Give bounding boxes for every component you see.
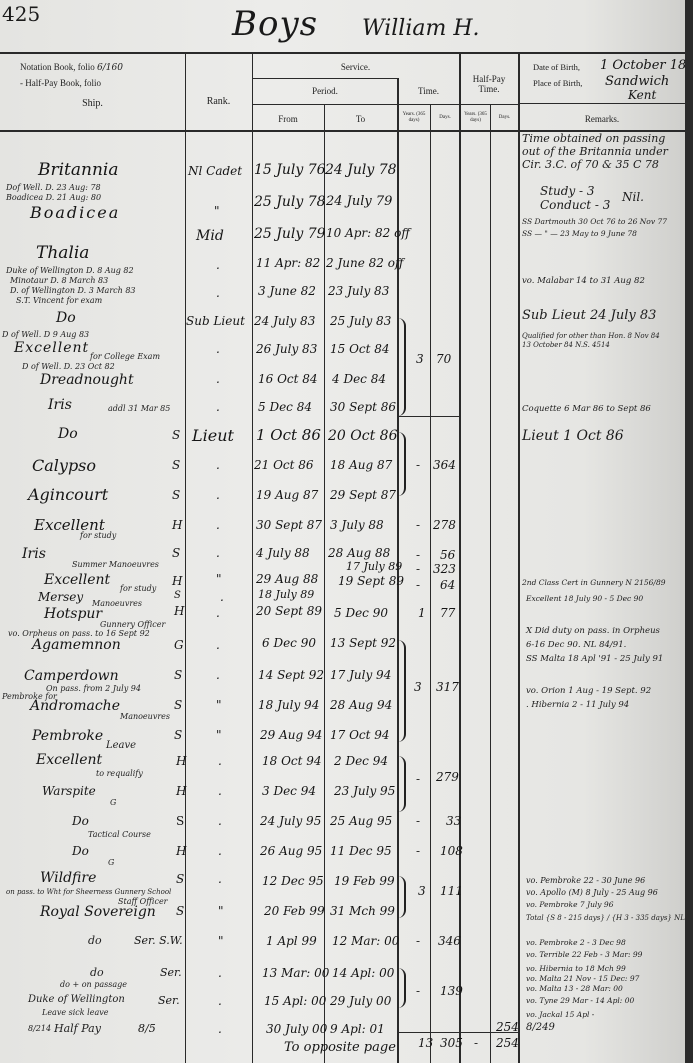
remark: vo. Tyne 29 Mar - 14 Apl: 00 — [526, 996, 634, 1005]
service-type: S — [174, 590, 181, 601]
ship-name: Boadicea — [30, 203, 120, 222]
ship-name: Calypso — [32, 456, 96, 475]
header-remarks: Remarks. — [518, 114, 686, 124]
from-date: 16 Oct 84 — [258, 372, 318, 386]
from-date: 25 July 79 — [254, 226, 326, 242]
ship-note: Tactical Course — [88, 830, 151, 839]
total-hp-years: - — [474, 1036, 478, 1050]
ship-note: Summer Manoeuvres — [72, 560, 159, 569]
from-date: 29 Aug 94 — [260, 728, 322, 742]
time-years: 3 — [418, 884, 426, 898]
col-rule-ship — [185, 52, 186, 1063]
ship-note: D of Well. D. 23 Oct 82 — [22, 362, 115, 371]
place-of-birth-label: Place of Birth, — [533, 78, 582, 88]
time-days: 77 — [440, 606, 455, 620]
ship-note: for study — [120, 584, 156, 593]
remark: vo. Terrible 22 Feb - 3 Mar: 99 — [526, 950, 642, 959]
rank: Sub Lieut — [186, 314, 245, 328]
ship-name: Agamemnon — [32, 637, 121, 653]
ship-note: D. of Wellington D. 3 March 83 — [10, 286, 136, 295]
to-date: 23 July 95 — [334, 784, 395, 798]
remark: Qualified for other than Hon. 8 Nov 84 — [522, 332, 660, 340]
remark: 13 October 84 N.S. 4514 — [522, 341, 610, 349]
rank: " — [218, 904, 224, 918]
ship-name: Camperdown — [24, 668, 119, 684]
remark: vo. Pembroke 2 - 3 Dec 98 — [526, 938, 626, 947]
to-date: 28 Aug 88 — [328, 546, 390, 560]
header-period: Period. — [252, 86, 398, 96]
remark: vo. Malta 21 Nov - 15 Dec: 97 — [526, 974, 639, 983]
ship-name: Half Pay — [54, 1022, 101, 1035]
to-date: 2 June 82 off — [326, 256, 403, 270]
total-years: 13 — [418, 1036, 433, 1050]
remark: Nil. — [622, 190, 644, 204]
from-date: 26 Aug 95 — [260, 844, 322, 858]
from-date: 29 Aug 88 — [256, 572, 318, 586]
rule-top — [0, 52, 686, 54]
header-days: Days. — [431, 115, 459, 121]
service-type: H — [176, 784, 186, 798]
time-days: 108 — [440, 844, 463, 858]
rank: Lieut — [192, 426, 234, 445]
from-date: 30 July 00 — [266, 1022, 327, 1036]
rank: . — [218, 844, 222, 858]
from-date: 19 Aug 87 — [256, 488, 318, 502]
total-days: 305 — [440, 1036, 463, 1050]
to-date: 15 Oct 84 — [330, 342, 390, 356]
time-years: - — [416, 458, 420, 472]
ship-note: Gunnery Officer — [100, 620, 165, 629]
to-date: 24 July 79 — [326, 194, 392, 209]
service-type: G — [174, 638, 184, 652]
remark: . Hibernia 2 - 11 July 94 — [526, 700, 629, 710]
col-rule-hp-days — [518, 52, 520, 1063]
service-type: S — [172, 488, 180, 502]
to-date: 13 Sept 92 — [330, 636, 396, 650]
col-rule-rank — [252, 52, 253, 1063]
ship-name: do — [88, 934, 102, 947]
rule-halfpay-mark — [398, 416, 460, 417]
header-half-pay-time: Half-Pay Time. — [465, 74, 513, 94]
ship-name: Hotspur — [44, 606, 102, 622]
time-years: - — [416, 548, 420, 562]
header-to: To — [324, 114, 397, 124]
time-days: 33 — [446, 814, 461, 828]
ship-note: do + on passage — [60, 980, 127, 989]
header-from: From — [252, 114, 324, 124]
notation-book-label: Notation Book, folio 6/160 — [20, 62, 123, 73]
from-date: 13 Mar: 00 — [262, 966, 329, 980]
to-date: 29 Sept 87 — [330, 488, 396, 502]
remark: vo. Pembroke 7 July 96 — [526, 900, 613, 909]
time-days: 70 — [436, 352, 451, 366]
rank: . — [216, 458, 220, 472]
from-date: 18 July 89 — [258, 588, 314, 601]
to-date: 17 July 94 — [330, 668, 391, 682]
ship-name: Iris — [48, 397, 72, 413]
from-date: 1 Oct 86 — [256, 426, 321, 444]
ship-name: Andromache — [30, 698, 120, 714]
from-date: 26 July 83 — [256, 342, 317, 356]
rank: . — [216, 668, 220, 682]
to-date: 28 Aug 94 — [330, 698, 392, 712]
time-years: - — [416, 934, 420, 948]
half-pay-book-label: - Half-Pay Book, folio — [20, 78, 101, 88]
header-rank: Rank. — [185, 96, 252, 107]
service-type: S — [174, 728, 182, 742]
ship-name: Dreadnought — [40, 372, 134, 388]
rank: . — [216, 518, 220, 532]
to-date: 25 July 83 — [330, 314, 391, 328]
time-days: 364 — [433, 458, 456, 472]
ship-name: Royal Sovereign — [40, 904, 156, 920]
remark: 2nd Class Cert in Gunnery N 2156/89 — [522, 578, 665, 587]
from-date: 6 Dec 90 — [262, 636, 316, 650]
service-type: S — [176, 814, 184, 828]
remark: vo. Malta 13 - 28 Mar: 00 — [526, 984, 623, 993]
ship-name: Excellent — [14, 340, 89, 356]
rank: " — [214, 204, 220, 218]
ship-note: to requalify — [96, 769, 143, 778]
ship-name: Pembroke — [32, 728, 103, 744]
ship-note: addl 31 Mar 85 — [108, 404, 170, 413]
ship-name: Thalia — [36, 243, 89, 263]
to-date: 11 Dec 95 — [330, 844, 392, 858]
total-hp-days: 254 — [496, 1036, 519, 1050]
service-type: Ser. — [160, 966, 182, 979]
time-days: 111 — [440, 884, 463, 898]
rank: " — [218, 934, 224, 948]
to-date: 19 Feb 99 — [334, 874, 395, 888]
period-brace — [398, 756, 406, 812]
header-ship: Ship. — [0, 98, 185, 109]
rank: " — [216, 728, 222, 742]
time-years: 3 — [414, 680, 422, 694]
col-rule-hp-years — [490, 104, 491, 1063]
from-date: 4 July 88 — [256, 546, 310, 560]
date-of-birth-label: Date of Birth, — [533, 62, 580, 72]
ship-name: Duke of Wellington — [28, 994, 125, 1005]
ship-note: Duke of Wellington D. 8 Aug 82 — [6, 266, 134, 275]
ship-note: for study — [80, 531, 116, 540]
to-date: 3 July 88 — [330, 518, 384, 532]
to-date: 24 July 78 — [325, 162, 397, 178]
from-date: 18 July 94 — [258, 698, 319, 712]
service-type: S — [176, 904, 184, 918]
time-days: 323 — [433, 562, 456, 576]
to-date: 2 Dec 94 — [334, 754, 388, 768]
ship-note: Leave — [106, 740, 136, 751]
from-date: 3 Dec 94 — [262, 784, 316, 798]
rank: " — [216, 572, 222, 586]
remark: 8/249 — [526, 1022, 555, 1033]
ship-note: Manoeuvres — [120, 712, 170, 721]
rank: . — [218, 1022, 222, 1036]
to-date: 25 Aug 95 — [330, 814, 392, 828]
remark: vo. Pembroke 22 - 30 June 96 — [526, 876, 645, 885]
time-years: 1 — [418, 606, 426, 620]
ship-note: for College Exam — [90, 352, 160, 361]
rank: . — [216, 400, 220, 414]
remark: Time obtained on passing out of the Brit… — [522, 132, 682, 171]
rank: Mid — [196, 228, 224, 244]
service-type: H — [174, 604, 184, 618]
service-type: H — [176, 844, 186, 858]
rank: . — [218, 994, 222, 1008]
rank: Nl Cadet — [188, 164, 242, 178]
time-days: 346 — [438, 934, 461, 948]
to-date: 20 Oct 86 — [328, 428, 397, 444]
to-date: 14 Apl: 00 — [332, 966, 394, 980]
remark: Excellent 18 July 90 - 5 Dec 90 — [526, 594, 643, 603]
to-date: 4 Dec 84 — [332, 372, 386, 386]
to-date: 12 Mar: 00 — [332, 934, 399, 948]
ship-note: S.T. Vincent for exam — [16, 296, 102, 305]
remark: Total {S 8 - 215 days} / {H 3 - 335 days… — [526, 914, 693, 922]
to-date: 31 Mch 99 — [330, 904, 395, 918]
from-date: 20 Feb 99 — [264, 904, 325, 918]
service-type: Ser. — [158, 994, 180, 1007]
time-days: 317 — [436, 680, 459, 694]
ship-name: Warspite — [42, 784, 96, 798]
service-type: Ser. S.W. — [134, 934, 183, 947]
period-brace — [398, 318, 406, 416]
remark: vo. Malabar 14 to 31 Aug 82 — [522, 276, 645, 286]
to-date: 17 Oct 94 — [330, 728, 390, 742]
ship-name: Excellent — [44, 572, 110, 588]
time-years: - — [416, 814, 420, 828]
remark: vo. Jackal 15 Apl - — [526, 1010, 594, 1019]
ship-name: Excellent — [36, 752, 102, 768]
rule-service-sub — [252, 78, 398, 79]
rank: . — [218, 754, 222, 768]
time-years: - — [416, 772, 420, 786]
rank: . — [216, 546, 220, 560]
ship-name: Do — [56, 310, 76, 326]
header-hp-years: Years. (365 days) — [461, 112, 490, 124]
ship-name: Mersey — [38, 590, 83, 604]
remark: X Did duty on pass. in Orpheus — [526, 626, 660, 636]
service-type: S — [172, 458, 180, 472]
to-date: 29 July 00 — [330, 994, 391, 1008]
rank: . — [220, 590, 224, 604]
from-date: 15 Apl: 00 — [264, 994, 326, 1008]
service-type: S — [176, 872, 184, 886]
from-date: 3 June 82 — [258, 284, 316, 298]
from-date: 15 July 76 — [254, 162, 326, 178]
ship-note: G — [108, 858, 114, 867]
surname: Boys — [232, 4, 318, 44]
header-years: Years. (365 days) — [399, 112, 429, 124]
remark: vo. Hibernia to 18 Mch 99 — [526, 964, 626, 973]
rank: . — [216, 342, 220, 356]
rank: . — [216, 258, 220, 272]
from-date: 30 Sept 87 — [256, 518, 322, 532]
from-date: 25 July 78 — [254, 194, 326, 210]
time-years: - — [416, 518, 420, 532]
time-years: 3 — [416, 352, 424, 366]
ship-name: Do — [72, 814, 89, 828]
remark: 6-16 Dec 90. NL 84/91. — [526, 640, 626, 650]
period-brace — [398, 876, 406, 918]
ship-note: Dof Well. D. 23 Aug: 78 — [6, 183, 101, 192]
to-date: 19 Sept 89 — [338, 574, 404, 588]
rank: . — [218, 966, 222, 980]
remark: Lieut 1 Oct 86 — [522, 428, 624, 444]
time-days: 278 — [433, 518, 456, 532]
remark: SS Malta 18 Apl '91 - 25 July 91 — [526, 654, 663, 664]
from-date: 14 Sept 92 — [258, 668, 324, 682]
period-brace — [398, 640, 406, 742]
rank: . — [216, 286, 220, 300]
from-date: 21 Oct 86 — [254, 458, 314, 472]
remark: SS — " — 23 May to 9 June 78 — [522, 229, 637, 238]
service-type: S — [174, 668, 182, 682]
rank: " — [216, 698, 222, 712]
from-date: 24 July 95 — [260, 814, 321, 828]
remark: Sub Lieut 24 July 83 — [522, 308, 656, 323]
remark: Conduct - 3 — [540, 198, 610, 212]
time-days: 64 — [440, 578, 455, 592]
to-date: 18 Aug 87 — [330, 458, 392, 472]
rank: . — [218, 814, 222, 828]
rank: . — [216, 488, 220, 502]
half-pay-days: 254 — [496, 1020, 519, 1034]
header-service: Service. — [252, 62, 459, 72]
time-years: - — [416, 844, 420, 858]
ship-note: Leave sick leave — [42, 1008, 108, 1017]
remark: SS Dartmouth 30 Oct 76 to 26 Nov 77 — [522, 217, 667, 226]
ship-note: on pass. to Wht for Sheerness Gunnery Sc… — [6, 888, 171, 896]
ship-name: Iris — [22, 546, 46, 562]
ship-note: On pass. from 2 July 94 — [46, 684, 141, 693]
time-years: - — [416, 984, 420, 998]
time-days: 279 — [436, 770, 459, 784]
rank: . — [218, 784, 222, 798]
header-hp-days: Days. — [491, 115, 518, 121]
ship-name: Agincourt — [28, 485, 108, 504]
ledger-page: 425 Boys William H. Notation Book, folio… — [0, 0, 686, 1063]
from-date: 20 Sept 89 — [256, 604, 322, 618]
from-date: 24 July 83 — [254, 314, 315, 328]
to-date: 23 July 83 — [328, 284, 389, 298]
period-brace — [398, 968, 406, 1008]
remark: Study - 3 — [540, 184, 595, 198]
rank: . — [216, 372, 220, 386]
time-days: 56 — [440, 548, 455, 562]
to-date: 17 July 89 — [346, 560, 402, 573]
remark: Coquette 6 Mar 86 to Sept 86 — [522, 404, 651, 414]
service-type: S — [172, 546, 180, 560]
ship-name: Wildfire — [40, 870, 96, 886]
to-date: 10 Apr: 82 off — [326, 226, 410, 240]
ship-note: D of Well. D 9 Aug 83 — [2, 330, 89, 339]
page-binding-edge — [685, 0, 693, 1063]
to-date: 5 Dec 90 — [334, 606, 388, 620]
to-date: 9 Apl: 01 — [330, 1022, 385, 1036]
place-of-birth-line2: Kent — [628, 88, 656, 102]
header-time: Time. — [398, 86, 459, 96]
rank: . — [216, 638, 220, 652]
ship-note: Minotaur D. 8 March 83 — [10, 276, 108, 285]
from-date: 5 Dec 84 — [258, 400, 312, 414]
service-type: H — [172, 574, 182, 588]
from-date: 18 Oct 94 — [262, 754, 322, 768]
folio-number: 425 — [2, 2, 40, 26]
col-rule-years — [430, 104, 431, 1063]
place-of-birth-line1: Sandwich — [605, 74, 669, 89]
service-type: H — [172, 518, 182, 532]
rank: . — [216, 606, 220, 620]
given-name: William H. — [362, 16, 480, 41]
ship-name: Britannia — [38, 160, 119, 180]
col-rule-days — [459, 52, 461, 1063]
ship-name: do — [90, 966, 104, 979]
time-years: - — [416, 562, 420, 576]
footer-note: To opposite page — [284, 1040, 396, 1055]
rank: . — [218, 872, 222, 886]
service-type: H — [176, 754, 186, 768]
period-brace — [398, 432, 406, 496]
ship-note: 8/214 — [28, 1024, 51, 1033]
ship-name: Do — [72, 844, 89, 858]
time-years: - — [416, 578, 420, 592]
remark: vo. Orion 1 Aug - 19 Sept. 92 — [526, 686, 651, 696]
rule-period-sub — [252, 104, 518, 105]
col-rule-from — [324, 104, 325, 1063]
time-days: 139 — [440, 984, 463, 998]
from-date: 12 Dec 95 — [262, 874, 324, 888]
date-of-birth: 1 October 1863 — [600, 58, 693, 73]
from-date: 1 Apl 99 — [266, 934, 317, 948]
from-date: 11 Apr: 82 — [256, 256, 320, 270]
service-type: S — [174, 698, 182, 712]
to-date: 30 Sept 86 — [330, 400, 396, 414]
remark: vo. Apollo (M) 8 July - 25 Aug 96 — [526, 888, 658, 897]
ship-note: Boadicea D. 21 Aug: 80 — [6, 193, 101, 202]
ship-name: Do — [58, 426, 78, 442]
ship-note: G — [110, 798, 116, 807]
service-type: 8/5 — [138, 1022, 156, 1035]
service-type: S — [172, 428, 180, 442]
rule-remarks-sub — [518, 103, 686, 104]
